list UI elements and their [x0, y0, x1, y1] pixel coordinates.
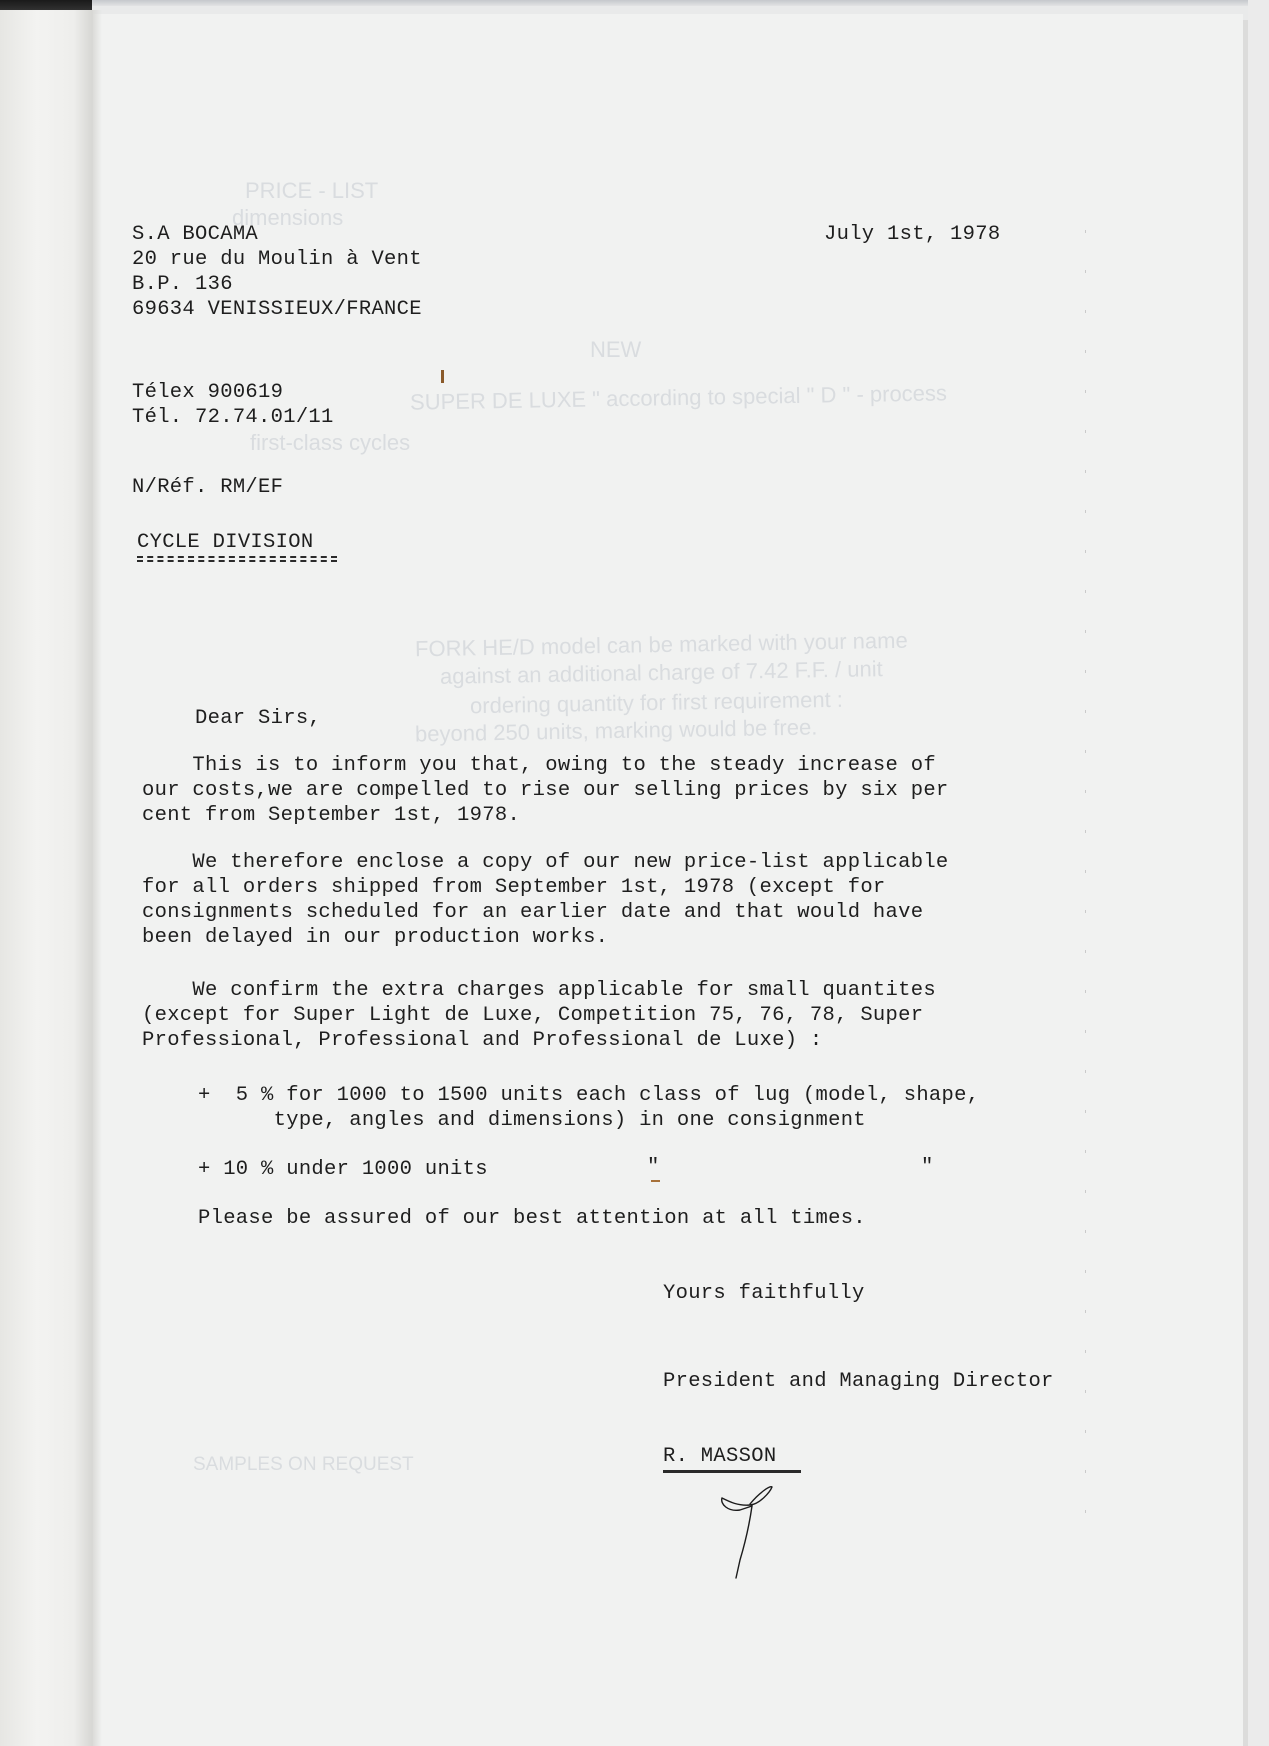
- closing-line: Please be assured of our best attention …: [198, 1206, 866, 1231]
- scanner-edge-top: [92, 0, 1269, 6]
- complimentary-close: Yours faithfully: [663, 1281, 865, 1306]
- division-heading: CYCLE DIVISION: [137, 530, 313, 555]
- letter-date: July 1st, 1978: [824, 222, 1000, 247]
- stray-mark: [441, 370, 444, 383]
- ditto-underline-mark: [651, 1180, 660, 1182]
- reference: N/Réf. RM/EF: [132, 475, 283, 500]
- sender-company: S.A BOCAMA: [132, 222, 422, 247]
- binder-shadow: [92, 10, 102, 1746]
- sender-street: 20 rue du Moulin à Vent: [132, 247, 422, 272]
- ditto-mark: ": [921, 1155, 934, 1180]
- handwritten-signature: [710, 1480, 790, 1590]
- ditto-mark: ": [647, 1155, 660, 1180]
- charge-item-5-percent: + 5 % for 1000 to 1500 units each class …: [198, 1083, 979, 1133]
- charge-item-10-percent: + 10 % under 1000 units: [198, 1157, 488, 1182]
- paragraph-extra-charges: We confirm the extra charges applicable …: [142, 978, 1102, 1053]
- sender-address: S.A BOCAMA20 rue du Moulin à VentB.P. 13…: [132, 222, 422, 322]
- contact-details: Télex 900619Tél. 72.74.01/11: [132, 380, 334, 430]
- paragraph-price-increase: This is to inform you that, owing to the…: [142, 753, 1102, 828]
- sender-po-box: B.P. 136: [132, 272, 422, 297]
- sender-city: 69634 VENISSIEUX/FRANCE: [132, 297, 422, 322]
- signatory-title: President and Managing Director: [663, 1369, 1054, 1394]
- division-double-underline: [137, 556, 337, 562]
- telex-number: Télex 900619: [132, 380, 334, 405]
- signatory-name-underline: [663, 1470, 801, 1473]
- binder-fold: [0, 10, 93, 1746]
- telephone-number: Tél. 72.74.01/11: [132, 405, 334, 430]
- paragraph-price-list: We therefore enclose a copy of our new p…: [142, 850, 1102, 950]
- scan-background: [1248, 0, 1269, 1746]
- signatory-name: R. MASSON: [663, 1444, 776, 1469]
- salutation: Dear Sirs,: [195, 706, 321, 731]
